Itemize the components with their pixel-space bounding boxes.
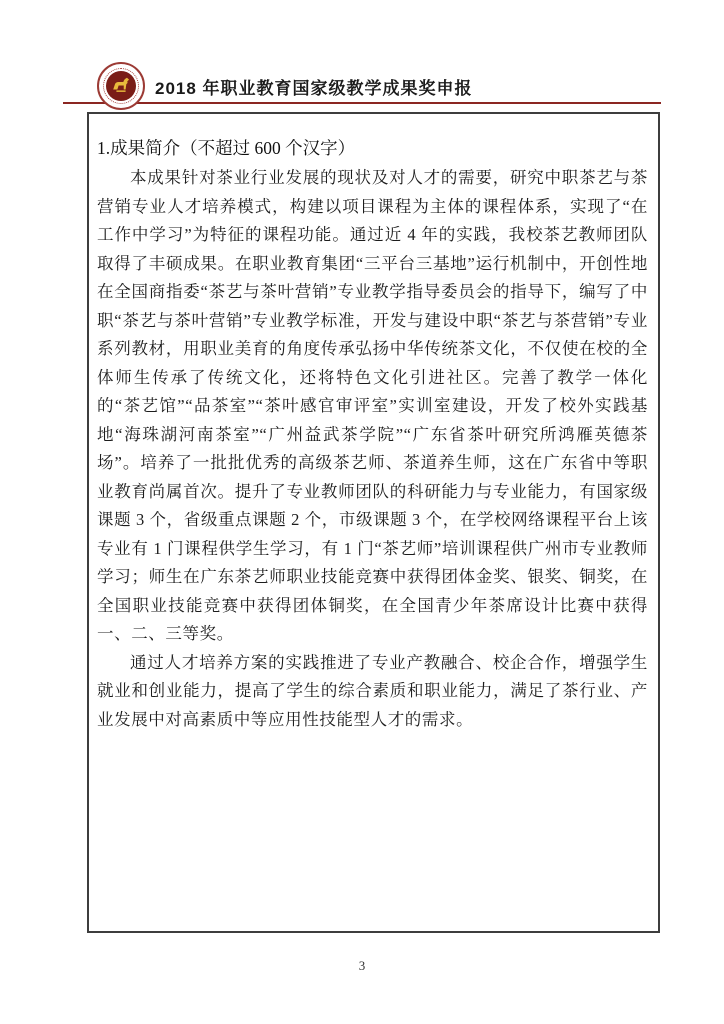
horse-icon	[110, 73, 132, 100]
summary-paragraph: 通过人才培养方案的实践推进了专业产教融合、校企合作，增强学生就业和创业能力，提高…	[97, 649, 648, 735]
school-emblem-logo	[97, 62, 145, 110]
page-header: 2018 年职业教育国家级教学成果奖申报	[97, 62, 473, 110]
section-title: 1.成果简介（不超过 600 个汉字）	[97, 136, 648, 160]
summary-paragraph: 本成果针对茶业行业发展的现状及对人才的需要，研究中职茶艺与茶营销专业人才培养模式…	[97, 164, 648, 649]
document-page: 2018 年职业教育国家级教学成果奖申报 1.成果简介（不超过 600 个汉字）…	[0, 0, 724, 1024]
emblem-core	[106, 71, 136, 101]
header-title: 2018 年职业教育国家级教学成果奖申报	[155, 74, 473, 99]
page-number: 3	[0, 958, 724, 974]
summary-box: 1.成果简介（不超过 600 个汉字） 本成果针对茶业行业发展的现状及对人才的需…	[87, 112, 660, 933]
